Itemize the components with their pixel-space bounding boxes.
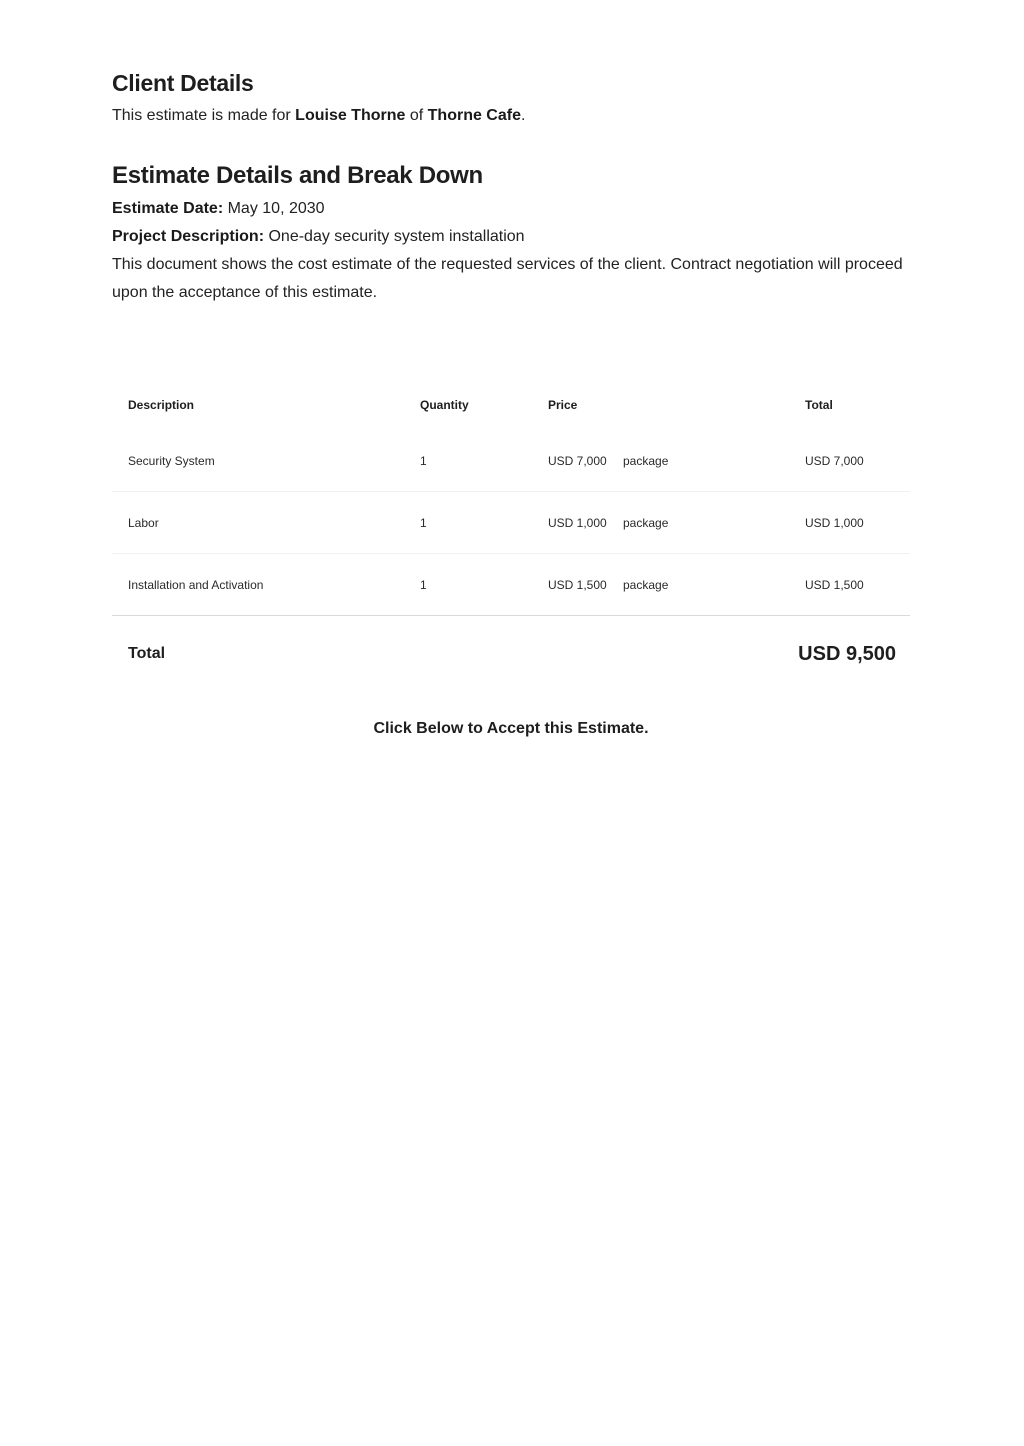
grand-total-row: Total USD 9,500	[112, 637, 910, 677]
header-quantity: Quantity	[420, 380, 469, 430]
accept-estimate-prompt: Click Below to Accept this Estimate.	[112, 720, 910, 738]
header-total: Total	[805, 380, 833, 430]
header-description: Description	[128, 380, 194, 430]
client-details-heading: Client Details	[112, 68, 254, 98]
row-description: Installation and Activation	[128, 554, 263, 615]
table-row: Installation and Activation 1 USD 1,500 …	[112, 554, 910, 616]
table-header-row: Description Quantity Price Total	[112, 380, 910, 430]
row-quantity: 1	[420, 492, 427, 553]
client-name: Louise Thorne	[295, 107, 405, 124]
row-total: USD 1,000	[805, 492, 864, 553]
row-total: USD 1,500	[805, 554, 864, 615]
row-unit: package	[623, 554, 668, 615]
intro-prefix: This estimate is made for	[112, 107, 295, 124]
grand-total-value: USD 9,500	[798, 643, 896, 666]
row-quantity: 1	[420, 554, 427, 615]
estimate-date: Estimate Date: May 10, 2030	[112, 195, 325, 223]
estimate-date-label: Estimate Date:	[112, 200, 223, 217]
row-price: USD 7,000	[548, 430, 607, 491]
row-description: Security System	[128, 430, 215, 491]
row-quantity: 1	[420, 430, 427, 491]
intro-of: of	[405, 107, 427, 124]
row-unit: package	[623, 492, 668, 553]
row-description: Labor	[128, 492, 159, 553]
table-row: Labor 1 USD 1,000 package USD 1,000	[112, 492, 910, 554]
estimate-table: Description Quantity Price Total Securit…	[112, 380, 910, 616]
header-price: Price	[548, 380, 577, 430]
project-description-label: Project Description:	[112, 228, 264, 245]
grand-total-label: Total	[128, 645, 165, 663]
table-row: Security System 1 USD 7,000 package USD …	[112, 430, 910, 492]
company-name: Thorne Cafe	[428, 107, 521, 124]
client-intro: This estimate is made for Louise Thorne …	[112, 104, 525, 128]
project-description-value: One-day security system installation	[264, 228, 525, 245]
row-unit: package	[623, 430, 668, 491]
intro-suffix: .	[521, 107, 525, 124]
row-total: USD 7,000	[805, 430, 864, 491]
row-price: USD 1,500	[548, 554, 607, 615]
row-price: USD 1,000	[548, 492, 607, 553]
estimate-body-text: This document shows the cost estimate of…	[112, 251, 910, 307]
project-description: Project Description: One-day security sy…	[112, 223, 525, 251]
estimate-date-value: May 10, 2030	[223, 200, 324, 217]
estimate-details-heading: Estimate Details and Break Down	[112, 160, 483, 192]
